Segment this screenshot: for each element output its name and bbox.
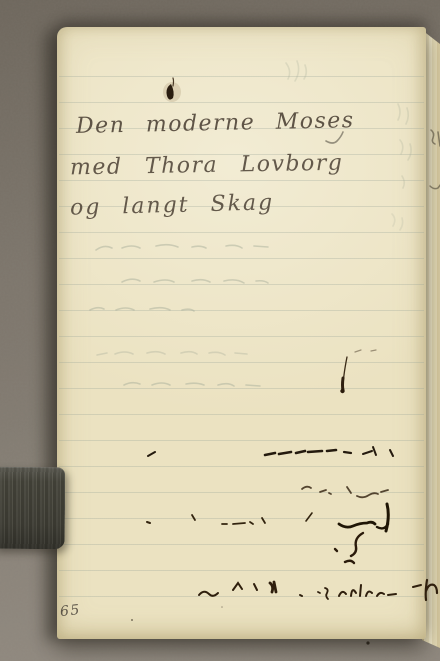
page-number: 65 [59,602,81,620]
manuscript-photo: Den moderne Moses med Thora Lovborg og l… [0,0,440,661]
metal-page-weight [0,467,65,549]
handwriting-line-2: med Thora Lovborg [70,151,344,181]
handwriting-line-3: og langt Skag [70,190,275,220]
